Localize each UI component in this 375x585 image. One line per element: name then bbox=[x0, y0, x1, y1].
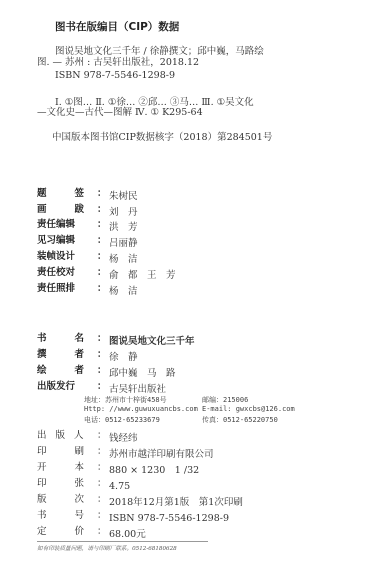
info-format: 开本：880 × 1230 1 /32 bbox=[37, 459, 199, 476]
publisher-fax: 传真：0512-65220750 bbox=[202, 415, 278, 425]
info-label: 出版人 bbox=[37, 427, 93, 441]
footer-divider bbox=[37, 541, 208, 542]
info-illustrator: 绘者：邱中巍 马 路 bbox=[37, 362, 176, 379]
credit-label: 责任编辑 bbox=[37, 216, 75, 230]
quality-notice: 如有印装质量问题，请与印刷厂联系。0512-68180628 bbox=[37, 544, 177, 552]
cip-line-1: 图说吴地文化三千年 / 徐静撰文；邱中巍，马路绘 bbox=[55, 46, 264, 57]
publisher-address: 地址：苏州市十梓街458号 bbox=[84, 395, 167, 405]
credit-row: 画跋：刘 丹 bbox=[37, 201, 138, 215]
credit-label: 责任校对 bbox=[37, 264, 75, 278]
cip-verification: 中国版本图书馆CIP数据核字（2018）第284501号 bbox=[52, 132, 272, 143]
credit-row: 责任校对：俞 都 王 芳 bbox=[37, 264, 176, 278]
info-value: 古吴轩出版社 bbox=[109, 384, 166, 395]
cip-isbn: ISBN 978-7-5546-1298-9 bbox=[55, 70, 175, 81]
credit-row: 装帧设计：杨 洁 bbox=[37, 248, 138, 262]
cip-classification-2: —文化史—古代—图解 Ⅳ. ① K295-64 bbox=[37, 107, 203, 118]
credit-row: 见习编辑：吕丽静 bbox=[37, 232, 138, 246]
credit-label: 装帧设计 bbox=[37, 248, 75, 262]
cip-title: 图书在版编目（CIP）数据 bbox=[55, 19, 179, 34]
info-edition: 版次：2018年12月第1版 第1次印刷 bbox=[37, 491, 243, 508]
info-label: 出版发行 bbox=[37, 378, 75, 392]
info-book-title: 书名：图说吴地文化三千年 bbox=[37, 330, 195, 347]
info-price: 定价：68.00元 bbox=[37, 523, 146, 540]
info-printer: 印刷：苏州市越洋印刷有限公司 bbox=[37, 443, 214, 460]
credit-value: 杨 洁 bbox=[109, 286, 138, 297]
info-sheets: 印张：4.75 bbox=[37, 475, 130, 492]
credit-row: 题签：朱树民 bbox=[37, 185, 138, 199]
publisher-website: Http: //www.guwuxuancbs.com bbox=[84, 405, 198, 413]
publisher-phone: 电话：0512-65233679 bbox=[84, 415, 160, 425]
publisher-postcode: 邮编：215006 bbox=[202, 395, 248, 405]
publisher-email: E-mail: gwxcbs@126.com bbox=[202, 405, 295, 413]
credit-label: 责任照排 bbox=[37, 280, 75, 294]
info-publisher-person: 出版人：钱经纬 bbox=[37, 427, 138, 444]
credit-row: 责任照排：杨 洁 bbox=[37, 280, 138, 294]
credit-label: 见习编辑 bbox=[37, 232, 75, 246]
credit-row: 责任编辑：洪 芳 bbox=[37, 216, 138, 230]
cip-line-2: 图. — 苏州 : 古吴轩出版社，2018.12 bbox=[37, 57, 199, 68]
info-book-number: 书号：ISBN 978-7-5546-1298-9 bbox=[37, 507, 229, 524]
info-value: 68.00元 bbox=[109, 529, 146, 540]
info-writer: 撰者：徐 静 bbox=[37, 346, 138, 363]
info-publisher: 出版发行：古吴轩出版社 bbox=[37, 378, 166, 395]
